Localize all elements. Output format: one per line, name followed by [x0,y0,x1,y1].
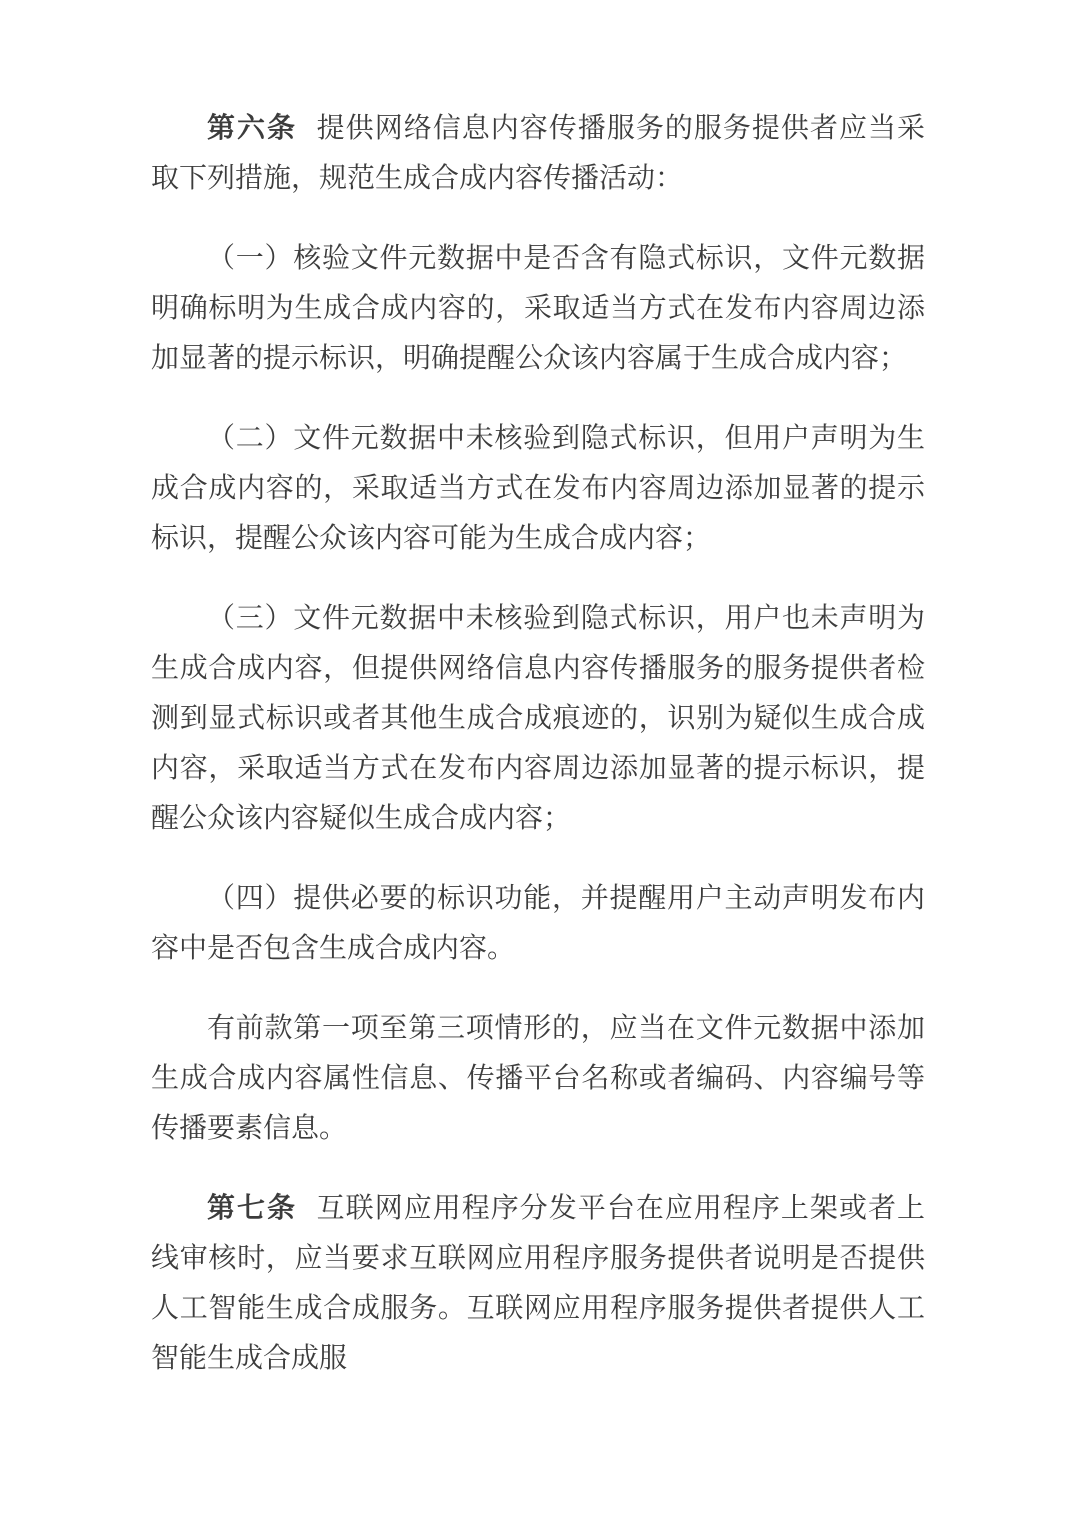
paragraph-text: （一）核验文件元数据中是否含有隐式标识，文件元数据明确标明为生成合成内容的，采取… [151,243,925,374]
article-number: 第六条 [207,113,297,144]
document-body: 第六条提供网络信息内容传播服务的服务提供者应当采取下列措施，规范生成合成内容传播… [151,104,925,1384]
paragraph: 有前款第一项至第三项情形的，应当在文件元数据中添加生成合成内容属性信息、传播平台… [151,1004,925,1154]
article-paragraph: 第七条互联网应用程序分发平台在应用程序上架或者上线审核时，应当要求互联网应用程序… [151,1184,925,1384]
paragraph-text: （四）提供必要的标识功能，并提醒用户主动声明发布内容中是否包含生成合成内容。 [151,883,925,964]
paragraph-text: 有前款第一项至第三项情形的，应当在文件元数据中添加生成合成内容属性信息、传播平台… [151,1013,925,1144]
document-page: 第六条提供网络信息内容传播服务的服务提供者应当采取下列措施，规范生成合成内容传播… [0,0,1074,1520]
paragraph-text: （三）文件元数据中未核验到隐式标识，用户也未声明为生成合成内容，但提供网络信息内… [151,603,925,834]
paragraph: （二）文件元数据中未核验到隐式标识，但用户声明为生成合成内容的，采取适当方式在发… [151,414,925,564]
article-paragraph: 第六条提供网络信息内容传播服务的服务提供者应当采取下列措施，规范生成合成内容传播… [151,104,925,204]
paragraph-text: （二）文件元数据中未核验到隐式标识，但用户声明为生成合成内容的，采取适当方式在发… [151,423,925,554]
paragraph: （四）提供必要的标识功能，并提醒用户主动声明发布内容中是否包含生成合成内容。 [151,874,925,974]
article-number: 第七条 [207,1193,297,1224]
paragraph: （一）核验文件元数据中是否含有隐式标识，文件元数据明确标明为生成合成内容的，采取… [151,234,925,384]
paragraph: （三）文件元数据中未核验到隐式标识，用户也未声明为生成合成内容，但提供网络信息内… [151,594,925,844]
